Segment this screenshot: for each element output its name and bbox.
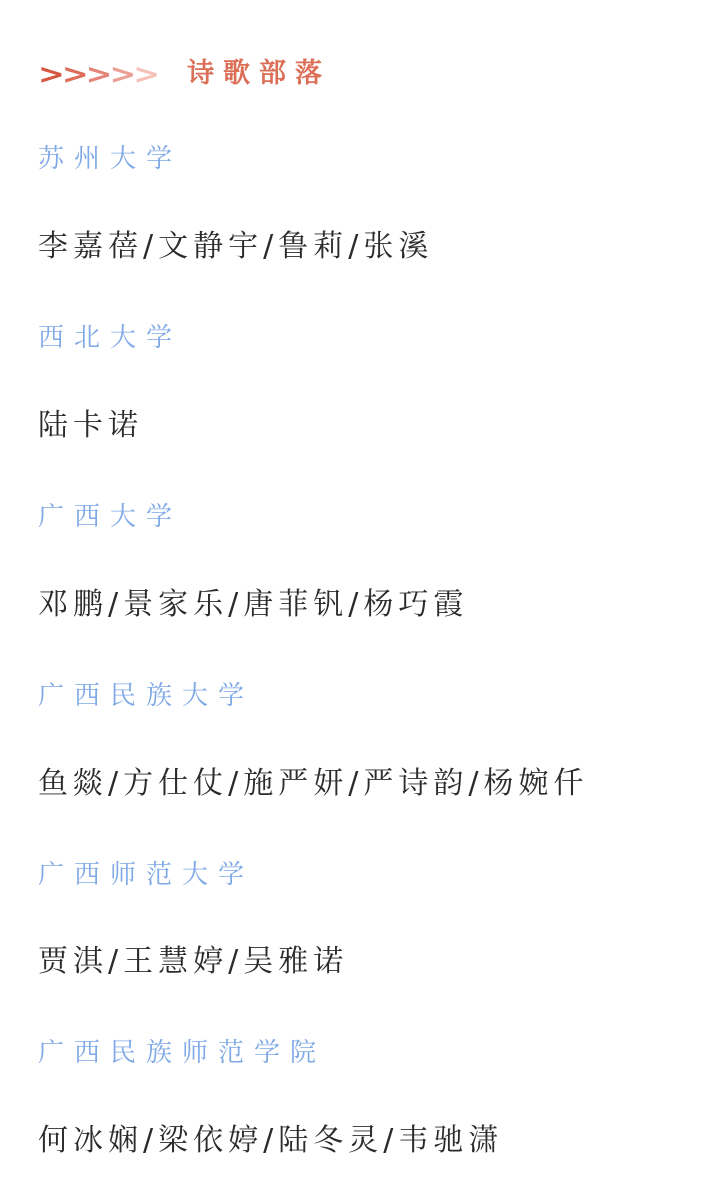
article-page: > > > > > 诗歌部落 苏州大学 李嘉蓓/文静宇/鲁莉/张溪 西北大学 陆… (0, 0, 720, 1203)
chevron-right-icons: > > > > > (38, 60, 157, 87)
university-section: 广西民族大学 鱼燚/方仕仗/施严妍/严诗韵/杨婉仟 (38, 682, 690, 802)
university-heading: 苏州大学 (38, 145, 690, 175)
university-heading: 西北大学 (38, 324, 690, 354)
university-section: 广西民族师范学院 何冰娴/梁依婷/陆冬灵/韦驰潇 (38, 1039, 690, 1159)
member-names: 李嘉蓓/文静宇/鲁莉/张溪 (38, 229, 690, 265)
member-names: 鱼燚/方仕仗/施严妍/严诗韵/杨婉仟 (38, 766, 690, 802)
member-names: 邓鹏/景家乐/唐菲钒/杨巧霞 (38, 587, 690, 623)
chevron-right-icon: > (133, 60, 157, 87)
university-heading: 广西民族师范学院 (38, 1039, 690, 1069)
member-names: 陆卡诺 (38, 408, 690, 444)
chevron-right-icon: > (62, 60, 86, 87)
member-names: 何冰娴/梁依婷/陆冬灵/韦驰潇 (38, 1123, 690, 1159)
chevron-right-icon: > (38, 60, 62, 87)
chevron-right-icon: > (86, 60, 110, 87)
member-names: 贾淇/王慧婷/吴雅诺 (38, 944, 690, 980)
university-section: 广西大学 邓鹏/景家乐/唐菲钒/杨巧霞 (38, 503, 690, 623)
page-title: 诗歌部落 (187, 59, 331, 89)
university-section: 广西师范大学 贾淇/王慧婷/吴雅诺 (38, 861, 690, 981)
university-section: 苏州大学 李嘉蓓/文静宇/鲁莉/张溪 (38, 145, 690, 265)
university-heading: 广西民族大学 (38, 682, 690, 712)
university-heading: 广西师范大学 (38, 861, 690, 891)
university-heading: 广西大学 (38, 503, 690, 533)
section-header: > > > > > 诗歌部落 (38, 58, 690, 90)
university-section: 西北大学 陆卡诺 (38, 324, 690, 444)
chevron-right-icon: > (109, 60, 133, 87)
